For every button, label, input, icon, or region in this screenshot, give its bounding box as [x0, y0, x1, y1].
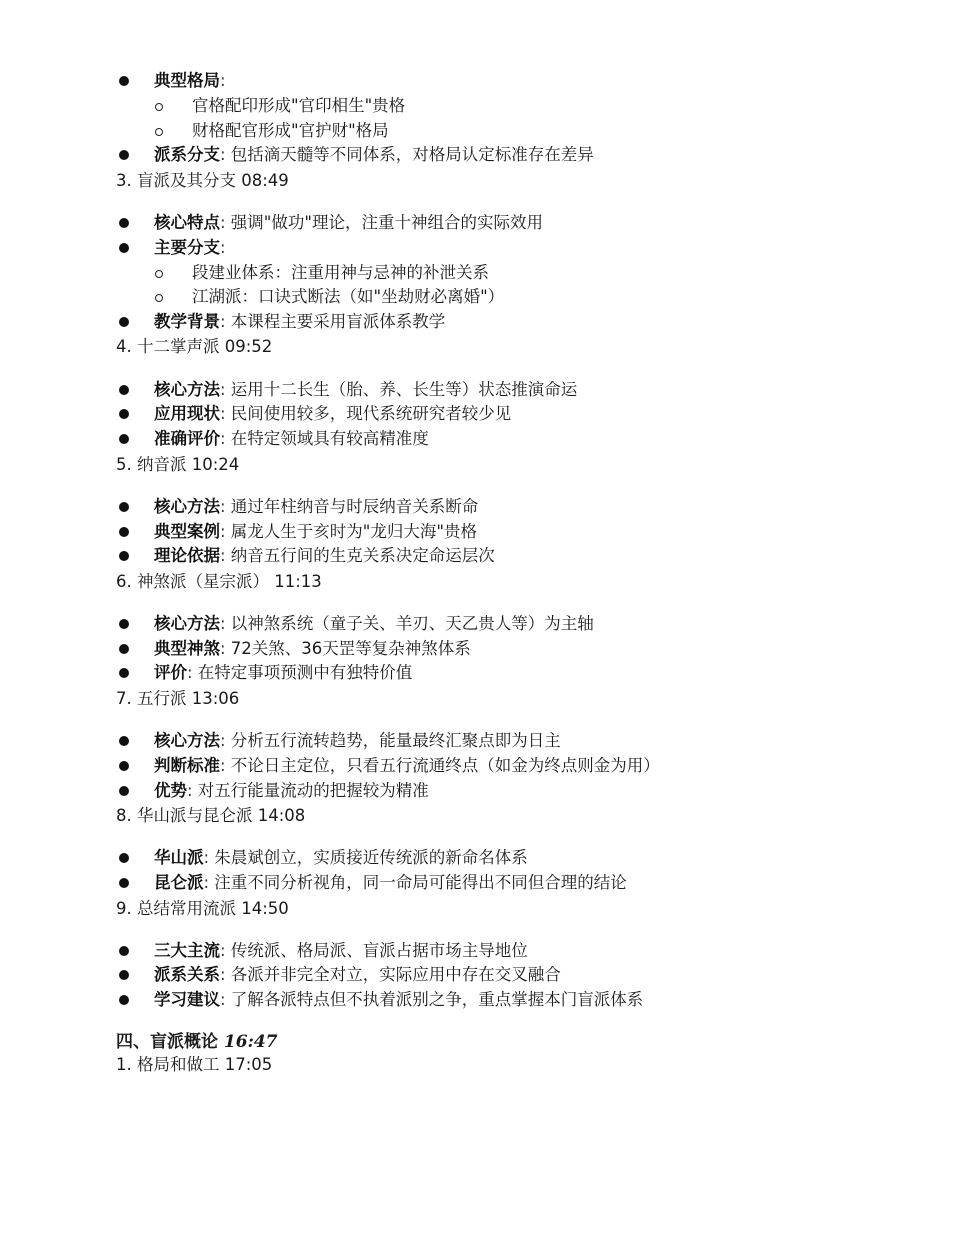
bullet-icon [119, 218, 129, 228]
bullet-icon [119, 551, 129, 561]
bullet-icon [119, 668, 129, 678]
list-item: 主要分支: [154, 237, 226, 259]
subsection-heading: 1. 格局和做工 17:05 [116, 1054, 272, 1076]
item-label: 评价 [154, 663, 187, 682]
list-item: 评价: 在特定事项预测中有独特价值 [154, 662, 412, 684]
sub-bullet-icon [155, 270, 163, 278]
sub-list-item: 江湖派：口诀式断法（如"坐劫财必离婚"） [192, 286, 504, 308]
list-item: 华山派: 朱晨斌创立，实质接近传统派的新命名体系 [154, 847, 528, 869]
item-label: 派系关系 [154, 965, 220, 984]
item-label: 优势 [154, 781, 187, 800]
item-label: 典型神煞 [154, 639, 220, 658]
list-item: 核心方法: 运用十二长生（胎、养、长生等）状态推演命运 [154, 379, 577, 401]
list-item: 核心特点: 强调"做功"理论，注重十神组合的实际效用 [154, 212, 543, 234]
bullet-icon [119, 853, 129, 863]
item-text: 运用十二长生（胎、养、长生等）状态推演命运 [226, 380, 578, 399]
bullet-icon [119, 409, 129, 419]
list-item: 应用现状: 民间使用较多，现代系统研究者较少见 [154, 403, 511, 425]
list-item: 优势: 对五行能量流动的把握较为精准 [154, 780, 429, 802]
list-item: 判断标准: 不论日主定位，只看五行流通终点（如金为终点则金为用） [154, 755, 660, 777]
list-item: 教学背景: 本课程主要采用盲派体系教学 [154, 311, 445, 333]
item-text: 分析五行流转趋势，能量最终汇聚点即为日主 [226, 731, 561, 750]
bullet-icon [119, 786, 129, 796]
item-text: 注重不同分析视角，同一命局可能得出不同但合理的结论 [209, 873, 627, 892]
bullet-icon [119, 995, 129, 1005]
item-label: 派系分支 [154, 145, 220, 164]
item-text: 民间使用较多，现代系统研究者较少见 [226, 404, 512, 423]
item-label: 三大主流 [154, 941, 220, 960]
subsection-heading: 4. 十二掌声派 09:52 [116, 336, 272, 358]
item-text: 本课程主要采用盲派体系教学 [226, 312, 446, 331]
item-text: 强调"做功"理论，注重十神组合的实际效用 [226, 213, 543, 232]
item-text: 各派并非完全对立，实际应用中存在交叉融合 [226, 965, 561, 984]
subsection-heading: 6. 神煞派（星宗派） 11:13 [116, 571, 322, 593]
item-text: 通过年柱纳音与时辰纳音关系断命 [226, 497, 479, 516]
item-label: 准确评价 [154, 429, 220, 448]
item-label: 核心特点 [154, 213, 220, 232]
item-text: 传统派、格局派、盲派占据市场主导地位 [226, 941, 528, 960]
item-text: 属龙人生于亥时为"龙归大海"贵格 [226, 522, 477, 541]
list-item: 核心方法: 以神煞系统（童子关、羊刃、天乙贵人等）为主轴 [154, 613, 594, 635]
item-text: 包括滴天髓等不同体系，对格局认定标准存在差异 [226, 145, 594, 164]
item-label: 核心方法 [154, 380, 220, 399]
item-label: 学习建议 [154, 990, 220, 1009]
bullet-icon [119, 970, 129, 980]
item-text: 以神煞系统（童子关、羊刃、天乙贵人等）为主轴 [226, 614, 594, 633]
bullet-icon [119, 644, 129, 654]
subsection-heading: 9. 总结常用流派 14:50 [116, 898, 289, 920]
list-item: 核心方法: 通过年柱纳音与时辰纳音关系断命 [154, 496, 478, 518]
item-text: 在特定事项预测中有独特价值 [193, 663, 413, 682]
list-item: 典型案例: 属龙人生于亥时为"龙归大海"贵格 [154, 521, 477, 543]
sub-list-item: 财格配官形成"官护财"格局 [192, 120, 389, 142]
subsection-heading: 7. 五行派 13:06 [116, 688, 239, 710]
label-separator: : [220, 71, 226, 90]
item-label: 典型格局 [154, 71, 220, 90]
bullet-icon [119, 761, 129, 771]
list-item: 昆仑派: 注重不同分析视角，同一命局可能得出不同但合理的结论 [154, 872, 627, 894]
bullet-icon [119, 434, 129, 444]
list-item: 学习建议: 了解各派特点但不执着派别之争，重点掌握本门盲派体系 [154, 989, 643, 1011]
item-text: 朱晨斌创立，实质接近传统派的新命名体系 [209, 848, 528, 867]
sub-list-item: 段建业体系：注重用神与忌神的补泄关系 [192, 262, 489, 284]
item-label: 核心方法 [154, 731, 220, 750]
bullet-icon [119, 76, 129, 86]
item-label: 华山派 [154, 848, 204, 867]
subsection-heading: 3. 盲派及其分支 08:49 [116, 170, 289, 192]
section-title: 四、盲派概论 [116, 1032, 224, 1052]
list-item: 三大主流: 传统派、格局派、盲派占据市场主导地位 [154, 940, 528, 962]
sub-bullet-icon [155, 294, 163, 302]
item-label: 教学背景 [154, 312, 220, 331]
item-label: 主要分支 [154, 238, 220, 257]
list-item: 准确评价: 在特定领域具有较高精准度 [154, 428, 429, 450]
list-item: 典型格局: [154, 70, 226, 92]
bullet-icon [119, 946, 129, 956]
sub-bullet-icon [155, 103, 163, 111]
bullet-icon [119, 317, 129, 327]
item-label: 应用现状 [154, 404, 220, 423]
item-text: 纳音五行间的生克关系决定命运层次 [226, 546, 495, 565]
sub-list-item: 官格配印形成"官印相生"贵格 [192, 95, 405, 117]
item-label: 昆仑派 [154, 873, 204, 892]
sub-bullet-icon [155, 128, 163, 136]
item-label: 典型案例 [154, 522, 220, 541]
bullet-icon [119, 150, 129, 160]
subsection-heading: 8. 华山派与昆仑派 14:08 [116, 805, 305, 827]
bullet-icon [119, 527, 129, 537]
item-label: 判断标准 [154, 756, 220, 775]
list-item: 核心方法: 分析五行流转趋势，能量最终汇聚点即为日主 [154, 730, 561, 752]
bullet-icon [119, 878, 129, 888]
item-text: 72关煞、36天罡等复杂神煞体系 [226, 639, 471, 658]
item-text: 对五行能量流动的把握较为精准 [193, 781, 429, 800]
bullet-icon [119, 619, 129, 629]
bullet-icon [119, 243, 129, 253]
list-item: 派系分支: 包括滴天髓等不同体系，对格局认定标准存在差异 [154, 144, 594, 166]
list-item: 典型神煞: 72关煞、36天罡等复杂神煞体系 [154, 638, 471, 660]
section-timestamp: 16:47 [224, 1032, 278, 1052]
list-item: 理论依据: 纳音五行间的生克关系决定命运层次 [154, 545, 495, 567]
item-label: 理论依据 [154, 546, 220, 565]
list-item: 派系关系: 各派并非完全对立，实际应用中存在交叉融合 [154, 964, 561, 986]
item-label: 核心方法 [154, 614, 220, 633]
item-text: 在特定领域具有较高精准度 [226, 429, 429, 448]
bullet-icon [119, 385, 129, 395]
item-text: 不论日主定位，只看五行流通终点（如金为终点则金为用） [226, 756, 660, 775]
subsection-heading: 5. 纳音派 10:24 [116, 454, 239, 476]
item-label: 核心方法 [154, 497, 220, 516]
section-heading-4: 四、盲派概论 16:47 [116, 1031, 278, 1053]
label-separator: : [220, 238, 226, 257]
item-text: 了解各派特点但不执着派别之争，重点掌握本门盲派体系 [226, 990, 644, 1009]
bullet-icon [119, 502, 129, 512]
bullet-icon [119, 736, 129, 746]
